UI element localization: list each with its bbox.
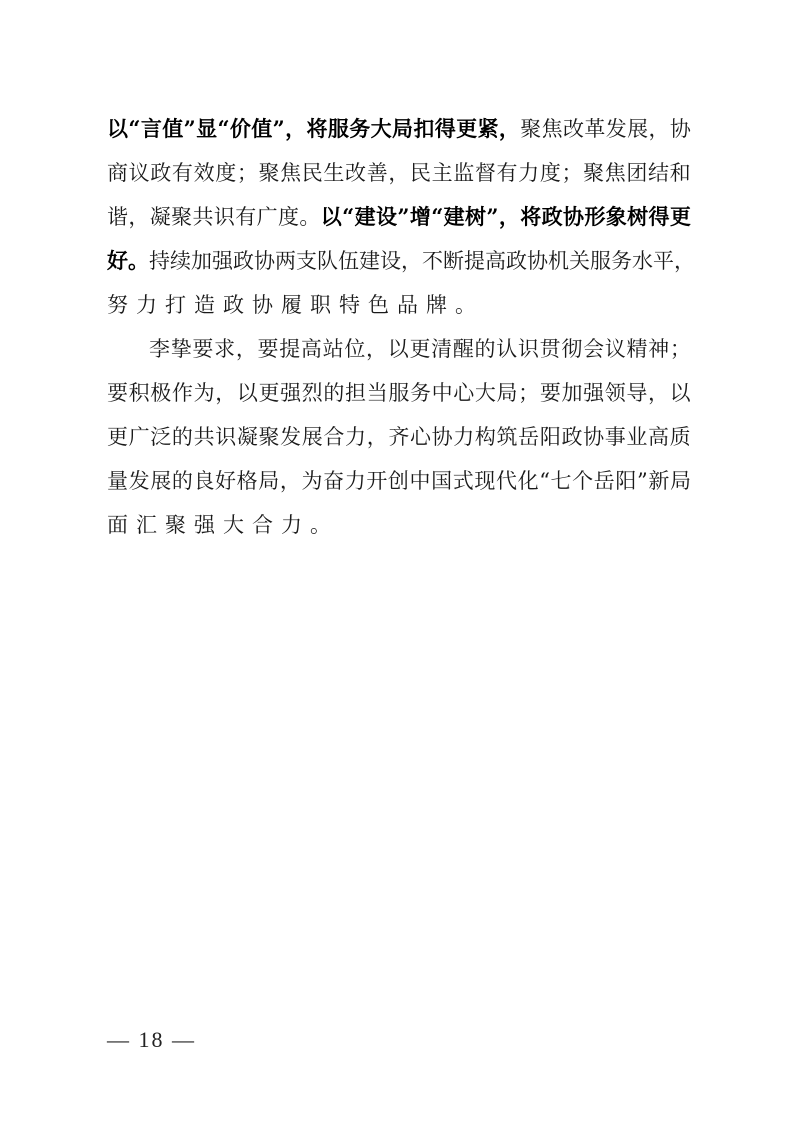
document-page: 以“言值”显“价值”，将服务大局扣得更紧，聚焦改革发展，协商议政有效度；聚焦民生… [0, 0, 793, 1122]
text-line: 李挚要求，要提高站位，以更清醒的认识贯彻会议精神； [149, 334, 691, 364]
page-number: — 18 — [107, 1027, 196, 1053]
text-line: 面汇聚强大合力。 [107, 510, 691, 540]
text-line: 谐，凝聚共识有广度。以“建设”增“建树”，将政协形象树得更 [107, 202, 691, 232]
text-line: 以“言值”显“价值”，将服务大局扣得更紧，聚焦改革发展，协 [107, 114, 691, 144]
text-line: 商议政有效度；聚焦民生改善，民主监督有力度；聚焦团结和 [107, 158, 691, 188]
text-line: 要积极作为，以更强烈的担当服务中心大局；要加强领导，以 [107, 378, 691, 408]
text-line: 更广泛的共识凝聚发展合力，齐心协力构筑岳阳政协事业高质 [107, 422, 691, 452]
text-line: 努力打造政协履职特色品牌。 [107, 290, 691, 320]
text-line: 好。持续加强政协两支队伍建设，不断提高政协机关服务水平， [107, 246, 691, 276]
text-line: 量发展的良好格局，为奋力开创中国式现代化“七个岳阳”新局 [107, 466, 691, 496]
